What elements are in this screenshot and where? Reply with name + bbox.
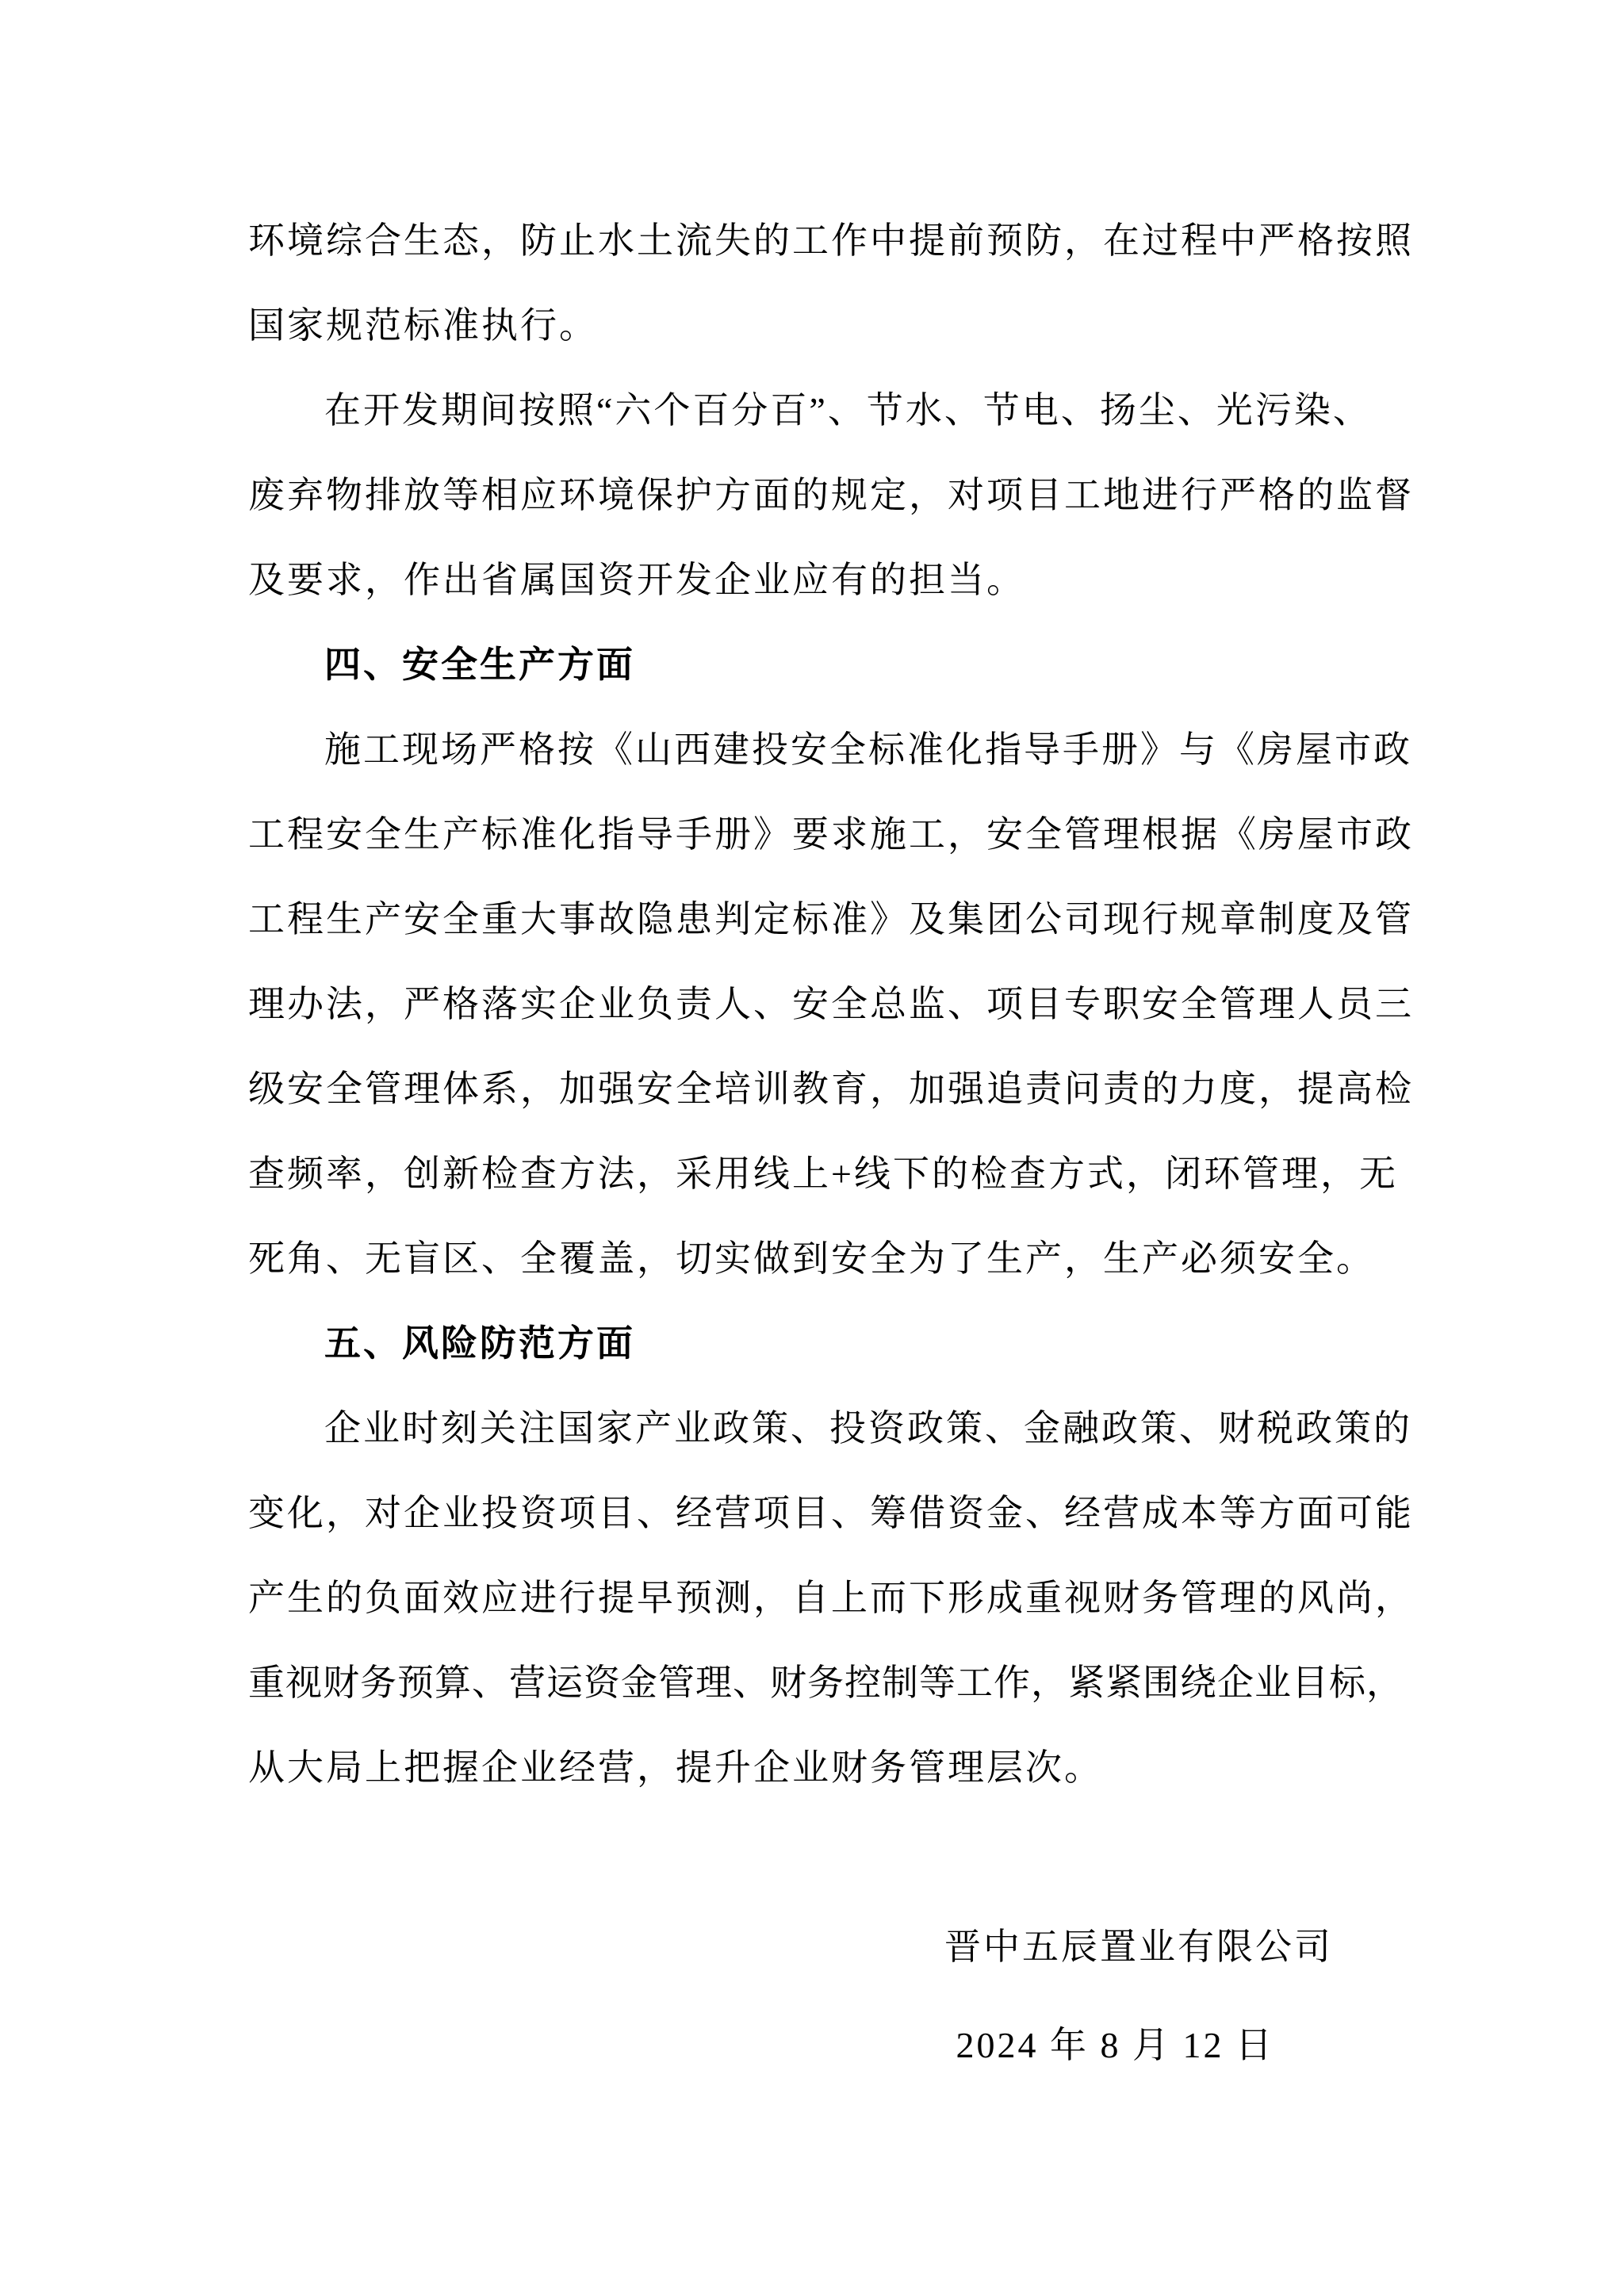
body-line: 产生的负面效应进行提早预测，自上而下形成重视财务管理的风尚，	[248, 1556, 1414, 1640]
body-line: 从大局上把握企业经营，提升企业财务管理层次。	[248, 1725, 1414, 1810]
body-line: 施工现场严格按《山西建投安全标准化指导手册》与《房屋市政	[248, 707, 1414, 792]
body-line: 及要求，作出省属国资开发企业应有的担当。	[248, 538, 1414, 622]
document-page: 环境综合生态，防止水土流失的工作中提前预防，在过程中严格按照 国家规范标准执行。…	[0, 0, 1624, 2296]
body-line: 国家规范标准执行。	[248, 283, 1414, 368]
signature-company: 晋中五辰置业有限公司	[248, 1904, 1414, 1989]
document-body: 环境综合生态，防止水土流失的工作中提前预防，在过程中严格按照 国家规范标准执行。…	[248, 198, 1414, 1810]
body-line: 环境综合生态，防止水土流失的工作中提前预防，在过程中严格按照	[248, 198, 1414, 283]
body-line: 废弃物排放等相应环境保护方面的规定，对项目工地进行严格的监督	[248, 453, 1414, 538]
section-heading-risk: 五、风险防范方面	[248, 1301, 1414, 1386]
signature-date: 2024 年 8 月 12 日	[248, 2003, 1414, 2087]
body-line: 变化，对企业投资项目、经营项目、筹借资金、经营成本等方面可能	[248, 1471, 1414, 1556]
body-line: 工程生产安全重大事故隐患判定标准》及集团公司现行规章制度及管	[248, 877, 1414, 962]
body-line: 工程安全生产标准化指导手册》要求施工，安全管理根据《房屋市政	[248, 792, 1414, 877]
body-line: 在开发期间按照“六个百分百”、节水、节电、扬尘、光污染、	[248, 368, 1414, 453]
body-line: 理办法，严格落实企业负责人、安全总监、项目专职安全管理人员三	[248, 962, 1414, 1047]
body-line: 重视财务预算、营运资金管理、财务控制等工作，紧紧围绕企业目标，	[248, 1640, 1414, 1725]
body-line: 企业时刻关注国家产业政策、投资政策、金融政策、财税政策的	[248, 1386, 1414, 1471]
body-line: 死角、无盲区、全覆盖，切实做到安全为了生产，生产必须安全。	[248, 1216, 1414, 1301]
section-heading-safety: 四、安全生产方面	[248, 622, 1414, 707]
body-line: 级安全管理体系，加强安全培训教育，加强追责问责的力度，提高检	[248, 1047, 1414, 1131]
body-line: 查频率，创新检查方法，采用线上+线下的检查方式，闭环管理，无	[248, 1131, 1414, 1216]
